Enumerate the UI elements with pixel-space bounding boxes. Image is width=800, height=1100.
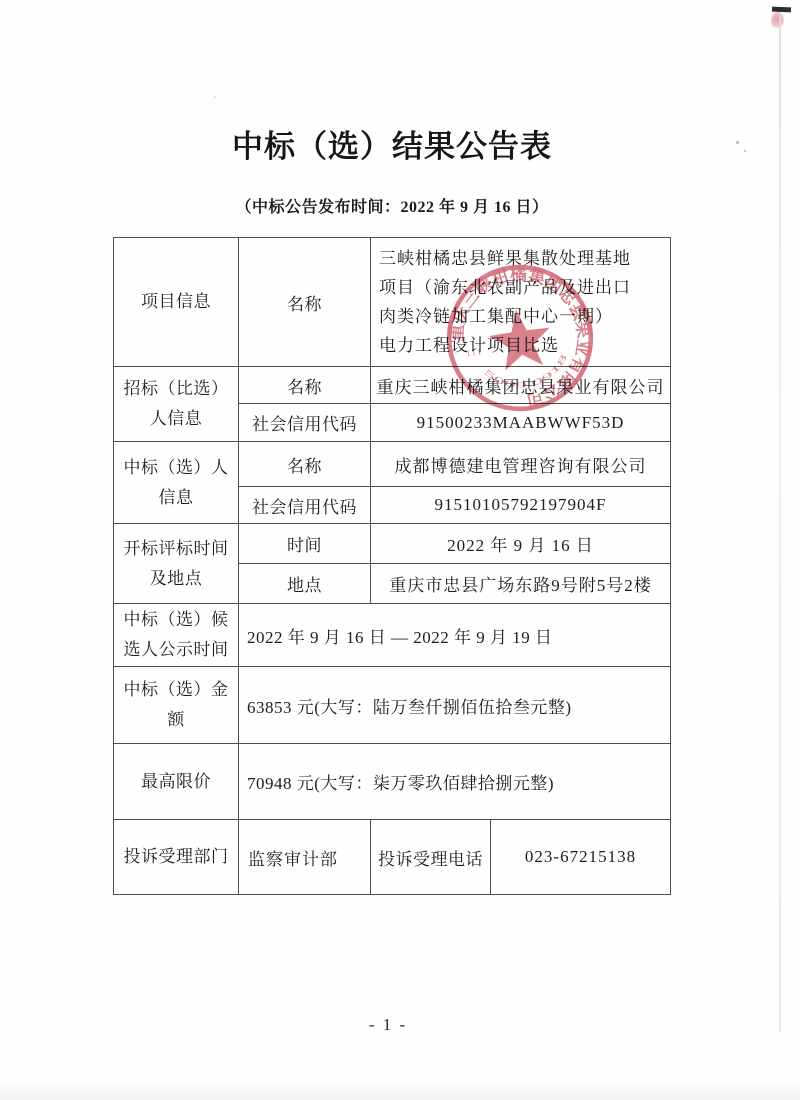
table-row: 招标（比选）人信息 名称 重庆三峡柑橘集团忠县果业有限公司 [114, 367, 671, 404]
value-winning-amount: 63853 元(大写：陆万叁仟捌佰伍拾叁元整) [239, 667, 671, 744]
publish-date-subtitle: （中标公告发布时间：2022 年 9 月 16 日） [0, 194, 784, 217]
key-tenderer-name: 名称 [239, 367, 371, 404]
row-label-complaint-dept: 投诉受理部门 [114, 820, 239, 895]
key-winner-name: 名称 [239, 442, 371, 487]
value-opening-time: 2022 年 9 月 16 日 [371, 524, 671, 564]
page-number: - 1 - [0, 1015, 776, 1035]
key-project-name: 名称 [239, 238, 371, 367]
table-row: 中标（选）人信息 名称 成都博德建电管理咨询有限公司 [114, 442, 671, 487]
row-label-winning-amount: 中标（选）金额 [114, 667, 239, 744]
value-tenderer-name: 重庆三峡柑橘集团忠县果业有限公司 [371, 367, 671, 404]
scanned-page: 中标（选）结果公告表 （中标公告发布时间：2022 年 9 月 16 日） 项目… [0, 0, 800, 1100]
scan-speck [736, 141, 739, 144]
row-label-publicity-period: 中标（选）候选人公示时间 [114, 604, 239, 667]
table-row: 开标评标时间及地点 时间 2022 年 9 月 16 日 [114, 524, 671, 564]
table-row: 中标（选）候选人公示时间 2022 年 9 月 16 日 — 2022 年 9 … [114, 604, 671, 667]
value-complaint-dept: 监察审计部 [239, 820, 371, 895]
value-max-price: 70948 元(大写：柒万零玖佰肆拾捌元整) [239, 744, 671, 820]
row-label-winner-info: 中标（选）人信息 [114, 442, 239, 524]
announcement-table: 项目信息 名称 三峡柑橘忠县鲜果集散处理基地 项目（渝东北农副产品及进出口 肉类… [113, 237, 671, 895]
value-opening-place: 重庆市忠县广场东路9号附5号2楼 [371, 564, 671, 604]
key-opening-place: 地点 [239, 564, 371, 604]
row-label-opening-time-place: 开标评标时间及地点 [114, 524, 239, 604]
table-row: 项目信息 名称 三峡柑橘忠县鲜果集散处理基地 项目（渝东北农副产品及进出口 肉类… [114, 238, 671, 367]
value-publicity-period: 2022 年 9 月 16 日 — 2022 年 9 月 19 日 [239, 604, 671, 667]
scan-speck [744, 150, 746, 152]
scan-speck [214, 96, 216, 98]
table-row: 投诉受理部门 监察审计部 投诉受理电话 023-67215138 [114, 820, 671, 895]
scan-ink-smudge [771, 12, 784, 30]
row-label-project-info: 项目信息 [114, 238, 239, 367]
scan-fold-line [779, 12, 781, 1032]
value-tenderer-credit-code: 91500233MAABWWF53D [371, 404, 671, 442]
page-title: 中标（选）结果公告表 [0, 121, 784, 166]
row-label-tenderer-info: 招标（比选）人信息 [114, 367, 239, 442]
scan-edge-shadow [0, 1078, 800, 1100]
row-label-max-price: 最高限价 [114, 744, 239, 820]
value-winner-name: 成都博德建电管理咨询有限公司 [371, 442, 671, 487]
value-complaint-phone: 023-67215138 [491, 820, 671, 895]
key-complaint-phone: 投诉受理电话 [371, 820, 491, 895]
key-tenderer-credit-code: 社会信用代码 [239, 404, 371, 442]
table-row: 最高限价 70948 元(大写：柒万零玖佰肆拾捌元整) [114, 744, 671, 820]
value-project-name: 三峡柑橘忠县鲜果集散处理基地 项目（渝东北农副产品及进出口 肉类冷链加工集配中心… [371, 238, 671, 367]
key-opening-time: 时间 [239, 524, 371, 564]
table-row: 中标（选）金额 63853 元(大写：陆万叁仟捌佰伍拾叁元整) [114, 667, 671, 744]
value-winner-credit-code: 91510105792197904F [371, 487, 671, 524]
key-winner-credit-code: 社会信用代码 [239, 487, 371, 524]
